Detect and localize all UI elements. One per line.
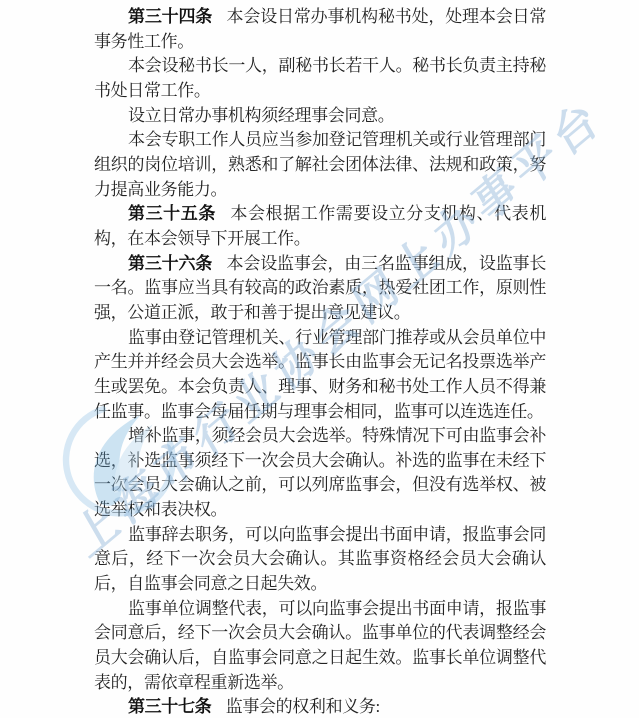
paragraph-text: 监事辞去职务，可以向监事会提出书面申请，报监事会同意后，经下一次会员大会确认。其…: [94, 525, 546, 593]
paragraph: 设立日常办事机构须经理事会同意。: [94, 104, 546, 129]
paragraph: 监事辞去职务，可以向监事会提出书面申请，报监事会同意后，经下一次会员大会确认。其…: [94, 523, 546, 597]
article-number: 第三十四条: [128, 7, 212, 26]
paragraph-text: 监事由登记管理机关、行业管理部门推荐或从会员单位中产生并并经会员大会选举。监事长…: [94, 328, 546, 421]
paragraph: 增补监事，须经会员大会选举。特殊情况下可由监事会补选，补选监事须经下一次会员大会…: [94, 424, 546, 523]
paragraph: 本会设秘书长一人，副秘书长若干人。秘书长负责主持秘书处日常工作。: [94, 54, 546, 103]
document-page: 第三十四条本会设日常办事机构秘书处，处理本会日常事务性工作。 本会设秘书长一人，…: [0, 0, 639, 718]
paragraph: 第三十四条本会设日常办事机构秘书处，处理本会日常事务性工作。: [94, 5, 546, 54]
paragraph-text: 本会专职工作人员应当参加登记管理机关或行业管理部门组织的岗位培训，熟悉和了解社会…: [94, 130, 546, 198]
article-number: 第三十五条: [128, 204, 216, 223]
article-number: 第三十六条: [128, 254, 212, 273]
article-number: 第三十七条: [128, 697, 211, 716]
paragraph-text: 监事会的权利和义务:: [226, 697, 380, 716]
paragraph: 第三十七条监事会的权利和义务:: [94, 695, 546, 718]
paragraph-text: 设立日常办事机构须经理事会同意。: [128, 106, 394, 125]
paragraph: 第三十六条本会设监事会，由三名监事组成，设监事长一名。监事应当具有较高的政治素质…: [94, 252, 546, 326]
paragraph-text: 增补监事，须经会员大会选举。特殊情况下可由监事会补选，补选监事须经下一次会员大会…: [94, 426, 546, 519]
paragraph: 监事由登记管理机关、行业管理部门推荐或从会员单位中产生并并经会员大会选举。监事长…: [94, 326, 546, 425]
document-body: 第三十四条本会设日常办事机构秘书处，处理本会日常事务性工作。 本会设秘书长一人，…: [0, 0, 546, 718]
paragraph-text: 监事单位调整代表，可以向监事会提出书面申请，报监事会同意后，经下一次会员大会确认…: [94, 599, 546, 692]
paragraph: 监事单位调整代表，可以向监事会提出书面申请，报监事会同意后，经下一次会员大会确认…: [94, 597, 546, 696]
paragraph: 本会专职工作人员应当参加登记管理机关或行业管理部门组织的岗位培训，熟悉和了解社会…: [94, 128, 546, 202]
paragraph-text: 本会设秘书长一人，副秘书长若干人。秘书长负责主持秘书处日常工作。: [94, 56, 546, 100]
paragraph: 第三十五条本会根据工作需要设立分支机构、代表机构，在本会领导下开展工作。: [94, 202, 546, 251]
